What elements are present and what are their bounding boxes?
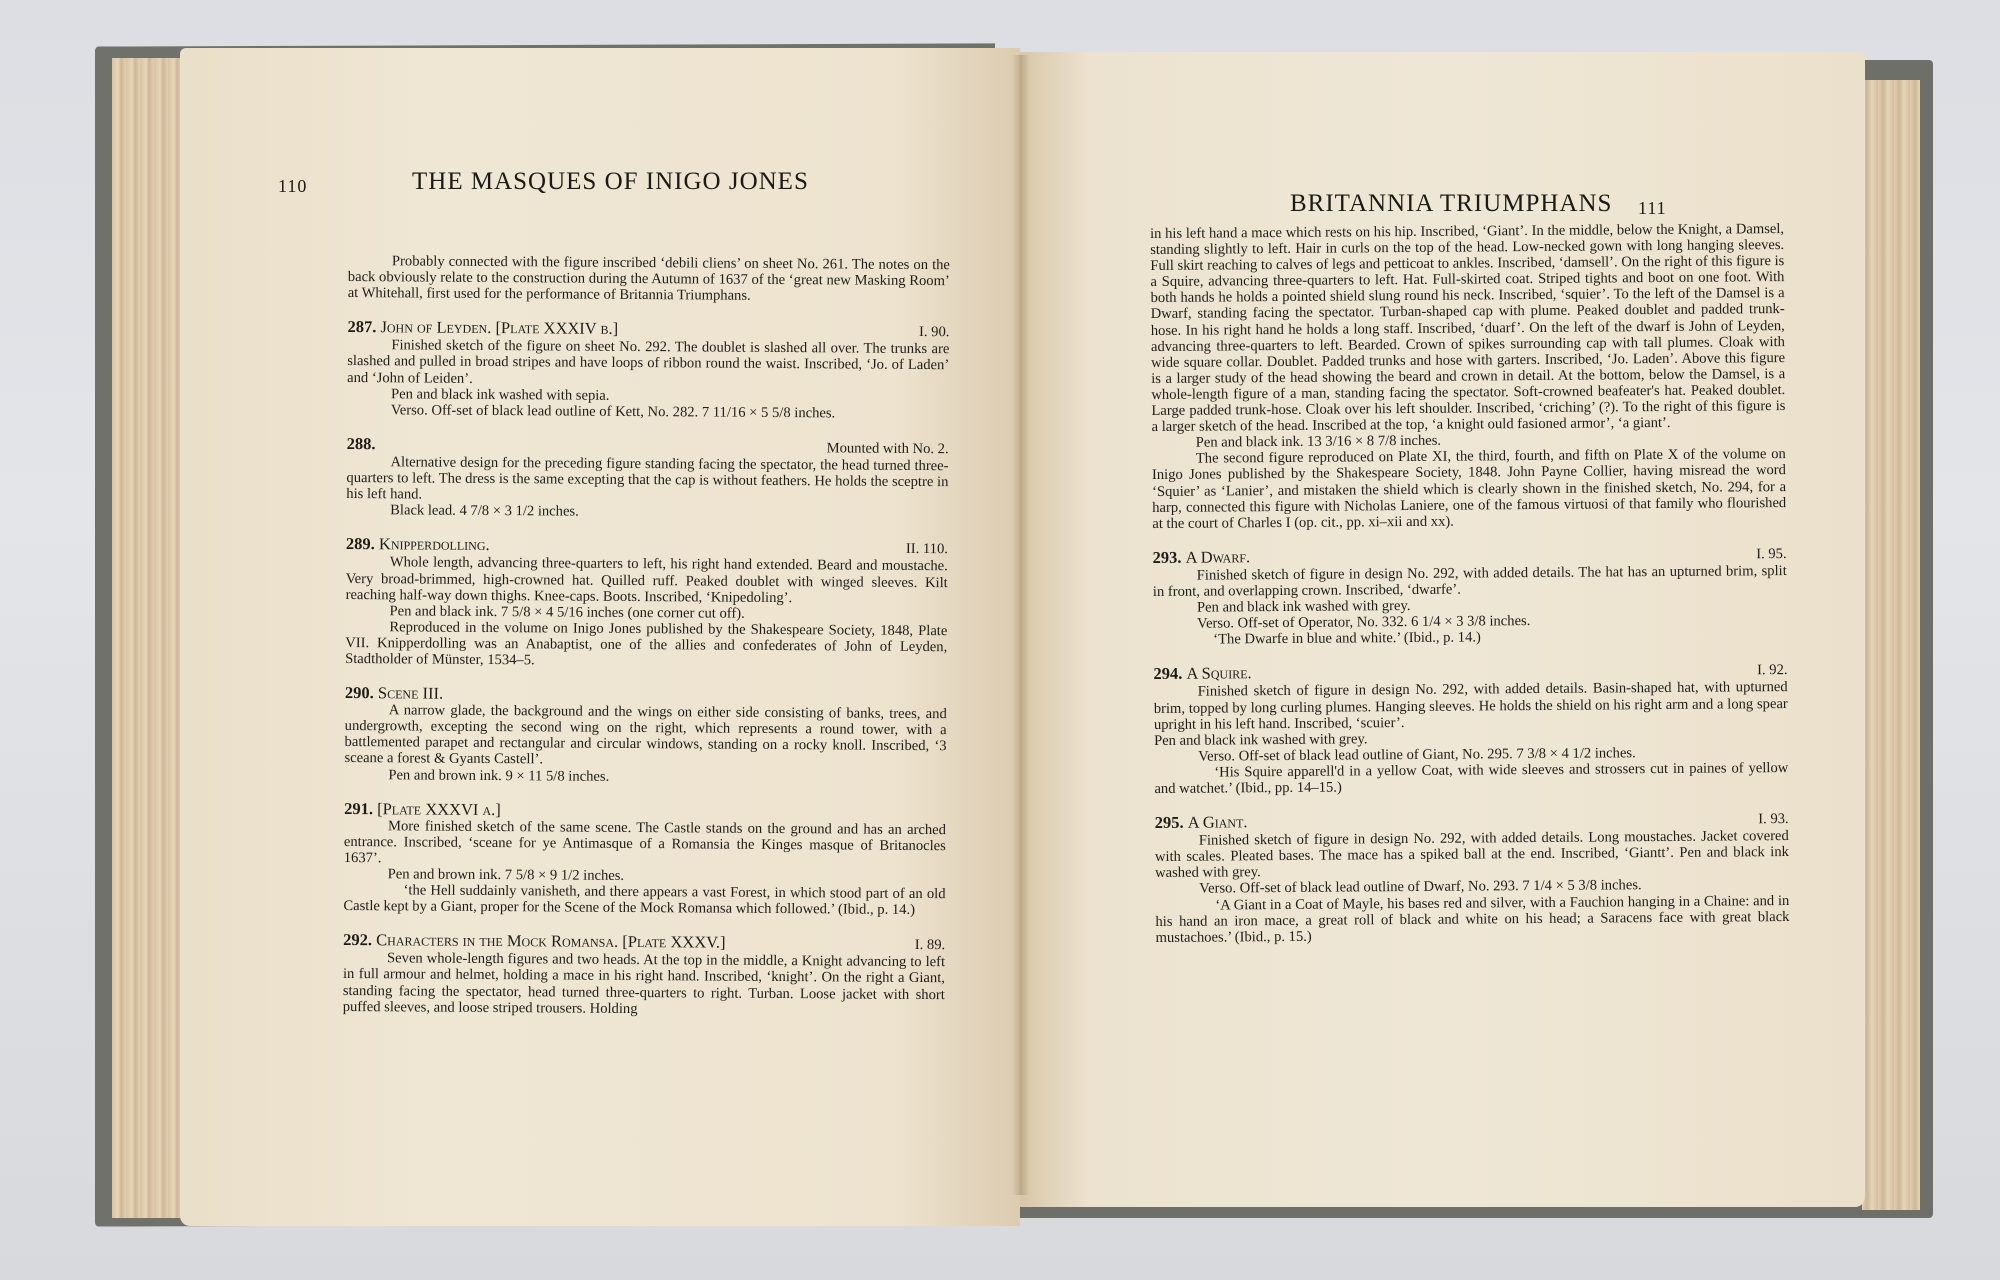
paragraph: Finished sketch of figure in design No. … xyxy=(1153,563,1787,600)
catalogue-entry-289: 289. Knipperdolling.II. 110. Whole lengt… xyxy=(345,536,948,671)
entry-reference: I. 92. xyxy=(1757,662,1788,678)
entry-title: A Squire. xyxy=(1186,664,1251,684)
catalogue-entry-290: 290. Scene III. A narrow glade, the back… xyxy=(344,685,947,787)
running-head: THE MASQUES OF INIGO JONES xyxy=(412,168,809,196)
paragraph: in his left hand a mace which rests on h… xyxy=(1150,221,1786,435)
book-gutter xyxy=(1012,55,1030,1195)
entry-reference: I. 93. xyxy=(1758,811,1789,827)
paragraph: Verso. Off-set of black lead outline of … xyxy=(347,402,949,422)
paragraph: The second figure reproduced on Plate XI… xyxy=(1152,446,1787,531)
entry-number: 288. xyxy=(347,434,376,453)
catalogue-entry-295: 295. A Giant.I. 93. Finished sketch of f… xyxy=(1155,810,1790,946)
paragraph: Finished sketch of figure in design No. … xyxy=(1155,828,1789,881)
paragraph: Finished sketch of the figure on sheet N… xyxy=(347,337,949,389)
entry-number: 292. xyxy=(343,930,372,949)
catalogue-entry-292: 292. Characters in the Mock Romansa. [Pl… xyxy=(343,932,946,1019)
paragraph: A narrow glade, the background and the w… xyxy=(344,702,946,771)
entry-number: 295. xyxy=(1155,813,1184,832)
page-number: 111 xyxy=(1638,198,1667,219)
catalogue-entry-287: 287. John of Leyden. [Plate XXXIV b.]I. … xyxy=(347,319,950,422)
paragraph: Whole length, advancing three-quarters t… xyxy=(346,554,948,606)
entry-title: John of Leyden. [Plate XXXIV b.] xyxy=(380,318,618,339)
quotation: ‘A Giant in a Coat of Mayle, his bases r… xyxy=(1155,893,1789,946)
intro-paragraph: Probably connected with the figure inscr… xyxy=(348,253,950,305)
quotation: ‘His Squire apparell'd in a yellow Coat,… xyxy=(1154,760,1788,797)
entry-number: 294. xyxy=(1153,664,1182,683)
right-page-content: in his left hand a mace which rests on h… xyxy=(1150,221,1790,964)
paragraph: Reproduced in the volume on Inigo Jones … xyxy=(345,619,947,671)
left-page: 110 THE MASQUES OF INIGO JONES Probably … xyxy=(180,48,1020,1226)
entry-reference: II. 110. xyxy=(906,541,948,557)
entry-title: A Dwarf. xyxy=(1186,547,1251,567)
catalogue-entry-293: 293. A Dwarf.I. 95. Finished sketch of f… xyxy=(1153,545,1788,649)
page-edges-right xyxy=(1862,80,1920,1210)
left-page-content: Probably connected with the figure inscr… xyxy=(343,253,950,1037)
entry-292-continuation: in his left hand a mace which rests on h… xyxy=(1150,221,1786,532)
entry-reference: I. 90. xyxy=(919,324,950,340)
entry-title: Knipperdolling. xyxy=(379,535,490,555)
quotation: ‘the Hell suddainly vanisheth, and there… xyxy=(343,882,945,918)
entry-number: 289. xyxy=(346,534,375,553)
entry-reference: Mounted with No. 2. xyxy=(827,440,949,457)
paragraph: Black lead. 4 7/8 × 3 1/2 inches. xyxy=(346,502,948,522)
entry-title: Characters in the Mock Romansa. [Plate X… xyxy=(376,930,726,951)
paragraph: Finished sketch of figure in design No. … xyxy=(1154,679,1788,732)
running-head: BRITANNIA TRIUMPHANS xyxy=(1290,190,1612,218)
catalogue-entry-291: 291. [Plate XXXVI a.] More finished sket… xyxy=(343,801,946,919)
page-number: 110 xyxy=(278,176,307,197)
paragraph: Pen and brown ink. 9 × 11 5/8 inches. xyxy=(344,767,946,787)
catalogue-entry-288: 288. Mounted with No. 2. Alternative des… xyxy=(346,436,949,523)
right-page: BRITANNIA TRIUMPHANS 111 in his left han… xyxy=(1020,52,1865,1207)
entry-number: 290. xyxy=(345,683,374,702)
entry-number: 293. xyxy=(1153,548,1182,567)
entry-title: A Giant. xyxy=(1188,812,1248,831)
paragraph: Seven whole-length figures and two heads… xyxy=(343,950,945,1019)
paragraph: Probably connected with the figure inscr… xyxy=(348,253,950,305)
entry-title: [Plate XXXVI a.] xyxy=(377,799,501,819)
entry-title: Scene III. xyxy=(378,683,443,702)
entry-reference: I. 89. xyxy=(915,937,946,953)
entry-number: 291. xyxy=(344,799,373,818)
paragraph: More finished sketch of the same scene. … xyxy=(344,818,946,870)
entry-reference: I. 95. xyxy=(1756,546,1787,562)
catalogue-entry-294: 294. A Squire.I. 92. Finished sketch of … xyxy=(1153,661,1788,797)
paragraph: Alternative design for the preceding fig… xyxy=(346,454,948,506)
entry-number: 287. xyxy=(347,317,376,336)
